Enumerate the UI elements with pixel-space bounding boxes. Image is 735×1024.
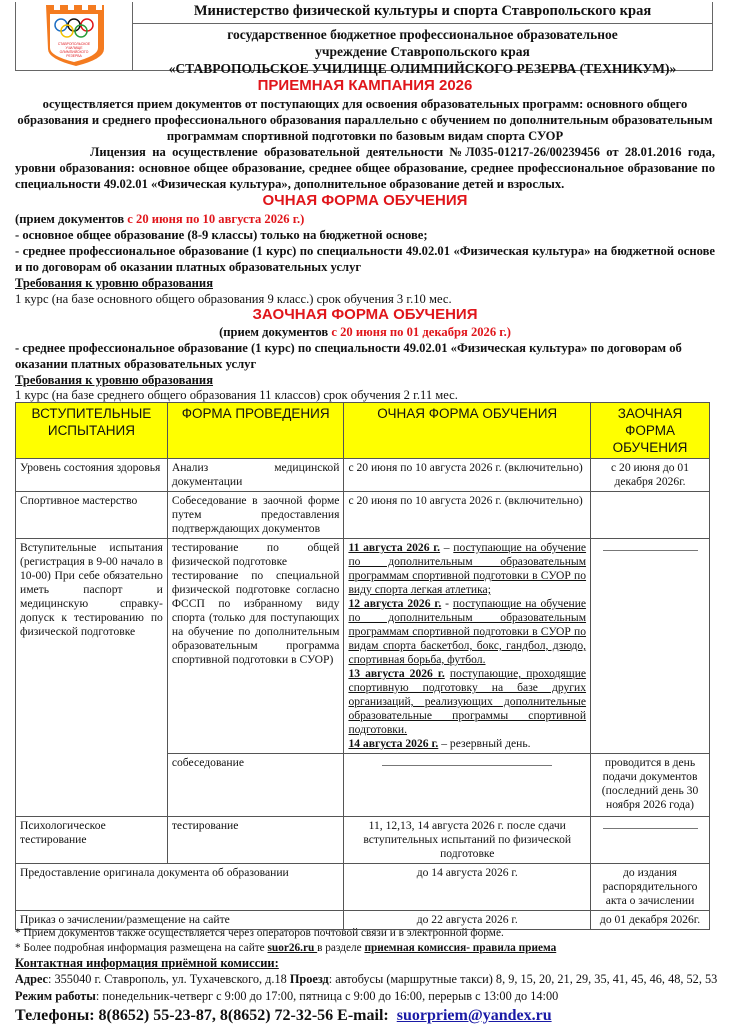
svg-text:РЕЗЕРВА: РЕЗЕРВА [66,54,82,58]
part-time-req-title: Требования к уровню образования [15,372,715,388]
schedule-date: 12 августа 2026 г. [348,597,441,610]
phones-label: Телефоны [15,1007,89,1024]
table-row: Уровень состояния здоровья Анализ медици… [16,459,710,492]
schedule-separator: – [440,541,453,554]
period-dates: с 20 июня по 10 августа 2026 г.) [127,212,304,226]
org-line-2: учреждение Ставропольского края [133,43,712,60]
entrance-exams-table: ВСТУПИТЕЛЬНЫЕ ИСПЫТАНИЯ ФОРМА ПРОВЕДЕНИЯ… [15,402,710,930]
full-time-dates: с 20 июня по 10 августа 2026 г. (включит… [344,492,591,539]
website-link[interactable]: suor26.ru [268,942,318,954]
full-time-dates: до 14 августа 2026 г. [344,864,591,911]
schedule-entry: 13 августа 2026 г. поступающие, проходящ… [348,667,586,737]
hours-label: Режим работы [15,989,96,1003]
part-time-dates: проводится в день подачи документов (пос… [591,754,710,817]
exam-form: собеседование [167,754,344,817]
part-time-item-1: - среднее профессиональное образование (… [15,340,715,372]
license-text: Лицензия на осуществление образовательно… [15,144,715,192]
phones: : 8(8652) 55-23-87, 8(8652) 72-32-56 [89,1007,337,1024]
campaign-title: ПРИЕМНАЯ КАМПАНИЯ 2026 [15,77,715,94]
org-name: «СТАВРОПОЛЬСКОЕ УЧИЛИЩЕ ОЛИМПИЙСКОГО РЕЗ… [133,60,712,77]
full-time-req-text: 1 курс (на базе основного общего образов… [15,291,715,307]
email-link[interactable]: suorpriem@yandex.ru [397,1007,552,1024]
exam-name: Психологическое тестирование [16,817,168,864]
schedule-date: 11 августа 2026 г. [348,541,440,554]
schedule-separator: – [438,737,450,750]
address: : 355040 г. Ставрополь, ул. Тухачевского… [48,972,290,986]
admission-rules-link[interactable]: приемная комиссия- правила приема [364,942,556,954]
special-physical-test: тестирование по специальной физической п… [172,569,340,667]
ministry-name: Министерство физической культуры и спорт… [133,2,712,24]
table-row: Предоставление оригинала документа об об… [16,864,710,911]
logo: СТАВРОПОЛЬСКОЕ УЧИЛИЩЕ ОЛИМПИЙСКОГО РЕЗЕ… [16,2,133,70]
full-time-dates: с 20 июня по 10 августа 2026 г. (включит… [344,459,591,492]
general-physical-test: тестирование по общей физической подгото… [172,541,340,569]
address-label: Адрес [15,972,48,986]
header-form: ФОРМА ПРОВЕДЕНИЯ [167,403,344,459]
full-time-req-title: Требования к уровню образования [15,275,715,291]
exam-form: тестирование [167,817,344,864]
note-postal: * Прием документов также осуществляется … [15,926,730,941]
phones-line: Телефоны: 8(8652) 55-23-87, 8(8652) 72-3… [15,1005,730,1024]
org-line-1: государственное бюджетное профессиональн… [133,26,712,43]
period-prefix: (прием документов [15,212,127,226]
part-time-period: (прием документов с 20 июня по 01 декабр… [15,324,715,340]
full-time-dates: 11, 12,13, 14 августа 2026 г. после сдач… [344,817,591,864]
email-label: E-mail [337,1007,383,1024]
dash-placeholder [382,765,552,766]
olympic-reserve-logo-icon: СТАВРОПОЛЬСКОЕ УЧИЛИЩЕ ОЛИМПИЙСКОГО РЕЗЕ… [43,3,105,69]
part-time-dates: с 20 июня до 01 декабря 2026г. [591,459,710,492]
table-row: Психологическое тестирование тестировани… [16,817,710,864]
schedule-date: 14 августа 2026 г. [348,737,438,750]
part-time-dates [591,539,710,754]
hours: : понедельник-четверг с 9:00 до 17:00, п… [96,989,558,1003]
full-time-item-2: - среднее профессиональное образование (… [15,243,715,275]
header-exams: ВСТУПИТЕЛЬНЫЕ ИСПЫТАНИЯ [16,403,168,459]
note-mid: в разделе [317,942,364,954]
dash-placeholder [603,550,698,551]
footer: * Прием документов также осуществляется … [15,926,730,1024]
contact-details: Адрес: 355040 г. Ставрополь, ул. Тухачев… [15,971,730,1005]
part-time-dates [591,492,710,539]
part-time-title: ЗАОЧНАЯ ФОРМА ОБУЧЕНИЯ [15,306,715,323]
exam-form: Анализ медицинской документации [167,459,344,492]
campaign-intro: осуществляется прием документов от посту… [15,96,715,144]
full-time-dates [344,754,591,817]
transit: : автобусы (маршрутные такси) 8, 9, 15, … [329,972,718,986]
period-dates: с 20 июня по 01 декабря 2026 г.) [331,325,511,339]
table-header-row: ВСТУПИТЕЛЬНЫЕ ИСПЫТАНИЯ ФОРМА ПРОВЕДЕНИЯ… [16,403,710,459]
exam-form: Собеседование в заочной форме путем пред… [167,492,344,539]
full-time-item-1: - основное общее образование (8-9 классы… [15,227,715,243]
schedule-date: 13 августа 2026 г. [348,667,444,680]
full-time-title: ОЧНАЯ ФОРМА ОБУЧЕНИЯ [15,192,715,209]
exam-name: Уровень состояния здоровья [16,459,168,492]
part-time-req-text: 1 курс (на базе среднего общего образова… [15,387,715,403]
header-part-time: ЗАОЧНАЯ ФОРМА ОБУЧЕНИЯ [591,403,710,459]
exam-form: тестирование по общей физической подгото… [167,539,344,754]
note-prefix: * Более подробная информация размещена н… [15,942,268,954]
letterhead: СТАВРОПОЛЬСКОЕ УЧИЛИЩЕ ОЛИМПИЙСКОГО РЕЗЕ… [15,2,713,71]
exam-name: Спортивное мастерство [16,492,168,539]
exam-name: Предоставление оригинала документа об об… [16,864,344,911]
schedule-entry: 12 августа 2026 г. - поступающие на обуч… [348,597,586,667]
period-prefix: (прием документов [219,325,331,339]
header-full-time: ОЧНАЯ ФОРМА ОБУЧЕНИЯ [344,403,591,459]
schedule-entry: 11 августа 2026 г. – поступающие на обуч… [348,541,586,597]
part-time-dates: до издания распорядительного акта о зачи… [591,864,710,911]
full-time-period: (прием документов с 20 июня по 10 август… [15,211,715,227]
dash-placeholder [603,828,698,829]
part-time-dates [591,817,710,864]
table-row: Спортивное мастерство Собеседование в за… [16,492,710,539]
exam-name: Вступительные испытания (регистрация в 9… [16,539,168,817]
note-website: * Более подробная информация размещена н… [15,941,730,956]
contact-title: Контактная информация приёмной комиссии: [15,956,730,971]
schedule-entry: 14 августа 2026 г. – резервный день. [348,737,586,751]
schedule-separator: - [441,597,453,610]
schedule-text: резервный день. [450,737,531,750]
table-row: Вступительные испытания (регистрация в 9… [16,539,710,754]
transit-label: Проезд [290,972,329,986]
full-time-schedule: 11 августа 2026 г. – поступающие на обуч… [344,539,591,754]
